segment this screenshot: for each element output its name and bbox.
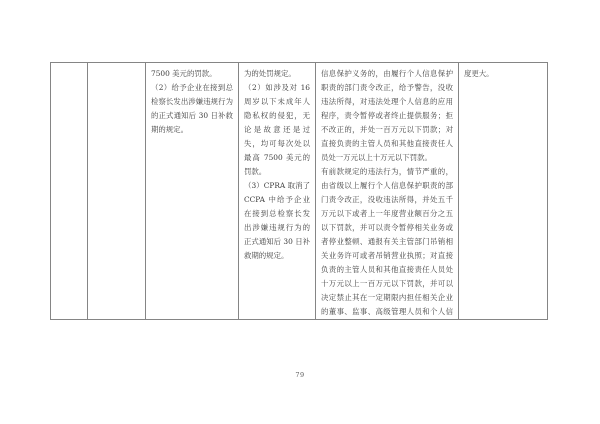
table-cell-empty-2 — [88, 63, 146, 319]
document-page: 7500 美元的罚款。 （2）给予企业在接到总检察长发出涉嫌违规行为的正式通知后… — [0, 0, 600, 424]
paragraph-continuation: 度更大。 — [464, 67, 542, 81]
paragraph-item-3: （3）CPRA 取消了 CCPA 中给予企业在接到总检察长发出涉嫌违规行为的正式… — [244, 179, 310, 263]
table-cell-ccpa-penalty: 7500 美元的罚款。 （2）给予企业在接到总检察长发出涉嫌违规行为的正式通知后… — [146, 63, 239, 319]
paragraph-clause-2: 有前款规定的违法行为，情节严重的，由省级以上履行个人信息保护职责的部门责令改正，… — [321, 165, 453, 319]
paragraph-clause-1: 信息保护义务的，由履行个人信息保护职责的部门责令改正，给予警告，没收违法所得，对… — [321, 67, 453, 165]
paragraph-continuation: 7500 美元的罚款。 — [151, 67, 233, 81]
paragraph-item-2: （2）如涉及对 16 周岁以下未成年人隐私权的侵犯，无论是故意还是过失，均可每次… — [244, 81, 310, 179]
page-number: 79 — [0, 370, 600, 380]
paragraph-item-2: （2）给予企业在接到总检察长发出涉嫌违规行为的正式通知后 30 日补救期的规定。 — [151, 81, 233, 137]
table-cell-pipl-penalty: 信息保护义务的，由履行个人信息保护职责的部门责令改正，给予警告，没收违法所得，对… — [316, 63, 459, 319]
table-cell-cpra-penalty: 为的处罚规定。 （2）如涉及对 16 周岁以下未成年人隐私权的侵犯，无论是故意还… — [239, 63, 316, 319]
law-comparison-table: 7500 美元的罚款。 （2）给予企业在接到总检察长发出涉嫌违规行为的正式通知后… — [50, 62, 548, 320]
paragraph-continuation: 为的处罚规定。 — [244, 67, 310, 81]
table-cell-empty-1 — [51, 63, 88, 319]
table-cell-remark: 度更大。 — [459, 63, 547, 319]
